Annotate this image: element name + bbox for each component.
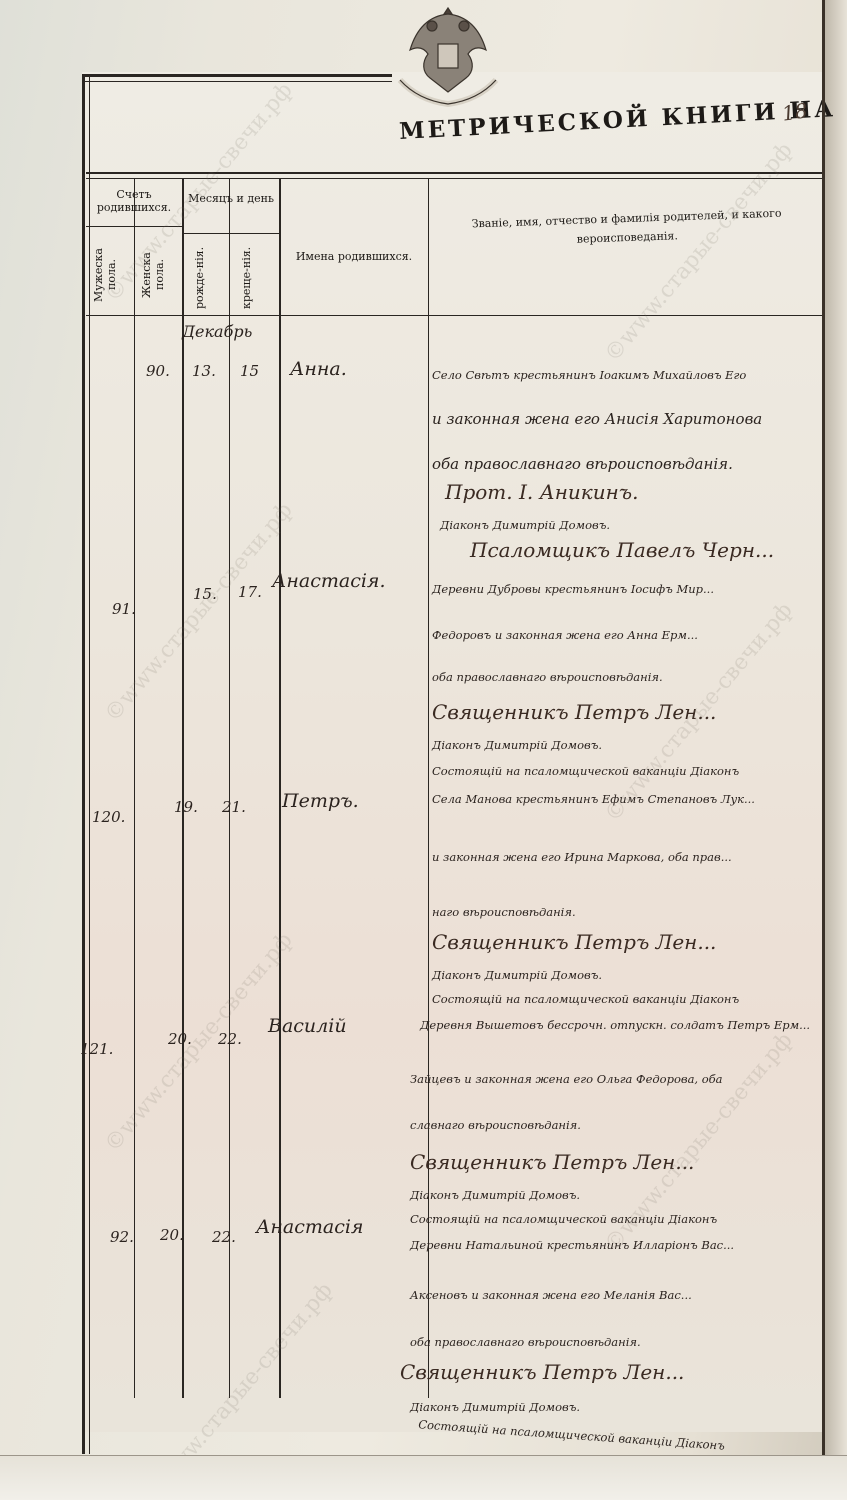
- deacon-signature: Діаконъ Димитрій Домовъ.: [432, 738, 602, 752]
- deacon-signature: Діаконъ Димитрій Домовъ.: [432, 968, 602, 982]
- header-baptism: креще-нія.: [240, 245, 253, 310]
- page-below-edge: [0, 1455, 847, 1500]
- header-female: Женска пола.: [140, 240, 166, 310]
- header-subrule: [86, 226, 182, 227]
- parents-line: наго вѣроисповѣданія.: [432, 905, 576, 919]
- psalmist-signature: Псаломщикъ Павелъ Черн...: [470, 538, 774, 562]
- title-rule: [86, 172, 822, 179]
- parents-line: оба православнаго вѣроисповѣданія.: [432, 670, 663, 684]
- birth-day: 13.: [192, 362, 216, 380]
- baptism-day: 22.: [218, 1030, 242, 1048]
- birth-day: 20.: [160, 1226, 184, 1244]
- header-bottom-rule: [86, 315, 822, 316]
- parents-line: Зайцевъ и законная жена его Ольга Федоро…: [410, 1072, 723, 1086]
- vacancy-note: Состоящій на псаломщической ваканціи Діа…: [410, 1212, 717, 1226]
- male-number: 120.: [92, 808, 125, 826]
- header-male: Мужеска пола.: [92, 240, 118, 310]
- priest-signature: Священникъ Петръ Лен...: [410, 1150, 694, 1174]
- vacancy-note: Состоящій на псаломщической ваканціи Діа…: [432, 992, 739, 1006]
- birth-day: 15.: [193, 585, 217, 603]
- parents-line: Деревни Натальиной крестьянинъ Илларіонъ…: [410, 1238, 734, 1252]
- parents-line: оба православнаго вѣроисповѣданія.: [432, 455, 733, 473]
- frame-top-border: [82, 74, 392, 82]
- parents-line: славнаго вѣроисповѣданія.: [410, 1118, 581, 1132]
- header-names: Имена родившихся.: [284, 250, 424, 263]
- female-number: 91.: [112, 600, 136, 618]
- column-rule: [279, 178, 281, 1398]
- parents-line: Село Свѣтъ крестьянинъ Іоакимъ Михайловъ…: [432, 368, 746, 382]
- baptism-day: 21.: [222, 798, 246, 816]
- child-name: Петръ.: [282, 790, 359, 812]
- deacon-signature: Діаконъ Димитрій Домовъ.: [410, 1188, 580, 1202]
- column-rule: [134, 178, 135, 1398]
- header-subrule: [182, 233, 279, 234]
- frame-left-border: [82, 74, 90, 1454]
- month-label: Декабрь: [182, 322, 252, 341]
- header-birth: рожде-нія.: [193, 245, 206, 310]
- priest-signature: Прот. І. Аникинъ.: [445, 480, 638, 504]
- priest-signature: Священникъ Петръ Лен...: [400, 1360, 684, 1384]
- header-month-day: Месяцъ и день: [186, 192, 276, 205]
- priest-signature: Священникъ Петръ Лен...: [432, 930, 716, 954]
- baptism-day: 22.: [212, 1228, 236, 1246]
- parents-line: Деревни Дубровы крестьянинъ Іосифъ Мир..…: [432, 582, 714, 596]
- adjacent-page-edge: [825, 0, 847, 1500]
- column-rule: [182, 178, 184, 1398]
- baptism-day: 15: [240, 362, 259, 380]
- parents-line: Федоровъ и законная жена его Анна Ерм...: [432, 628, 698, 642]
- title-year: 18: [780, 98, 809, 125]
- birth-day: 19.: [174, 798, 198, 816]
- male-number: 121.: [80, 1040, 113, 1058]
- imperial-eagle-emblem-icon: [388, 0, 508, 118]
- child-name: Анастасія: [256, 1216, 364, 1238]
- child-name: Василій: [268, 1015, 347, 1037]
- birth-day: 20.: [168, 1030, 192, 1048]
- parents-line: и законная жена его Анисія Харитонова: [432, 410, 762, 428]
- column-rule: [229, 178, 230, 1398]
- header-birth-count: Счетъ родившихся.: [88, 188, 180, 214]
- child-name: Анна.: [290, 358, 347, 380]
- female-number: 92.: [110, 1228, 134, 1246]
- deacon-signature: Діаконъ Димитрій Домовъ.: [410, 1400, 580, 1414]
- child-name: Анастасія.: [272, 570, 386, 592]
- deacon-signature: Діаконъ Димитрій Домовъ.: [440, 518, 610, 532]
- parents-line: Аксеновъ и законная жена его Меланія Вас…: [410, 1288, 692, 1302]
- parents-line: Села Манова крестьянинъ Ефимъ Степановъ …: [432, 792, 755, 806]
- book-spine: [822, 0, 825, 1500]
- parents-line: Деревня Вышетовъ бессрочн. отпускн. солд…: [420, 1018, 810, 1032]
- baptism-day: 17.: [238, 583, 262, 601]
- female-number: 90.: [146, 362, 170, 380]
- vacancy-note: Состоящій на псаломщической ваканціи Діа…: [432, 764, 739, 778]
- priest-signature: Священникъ Петръ Лен...: [432, 700, 716, 724]
- parents-line: и законная жена его Ирина Маркова, оба п…: [432, 850, 732, 864]
- parents-line: оба православнаго вѣроисповѣданія.: [410, 1335, 641, 1349]
